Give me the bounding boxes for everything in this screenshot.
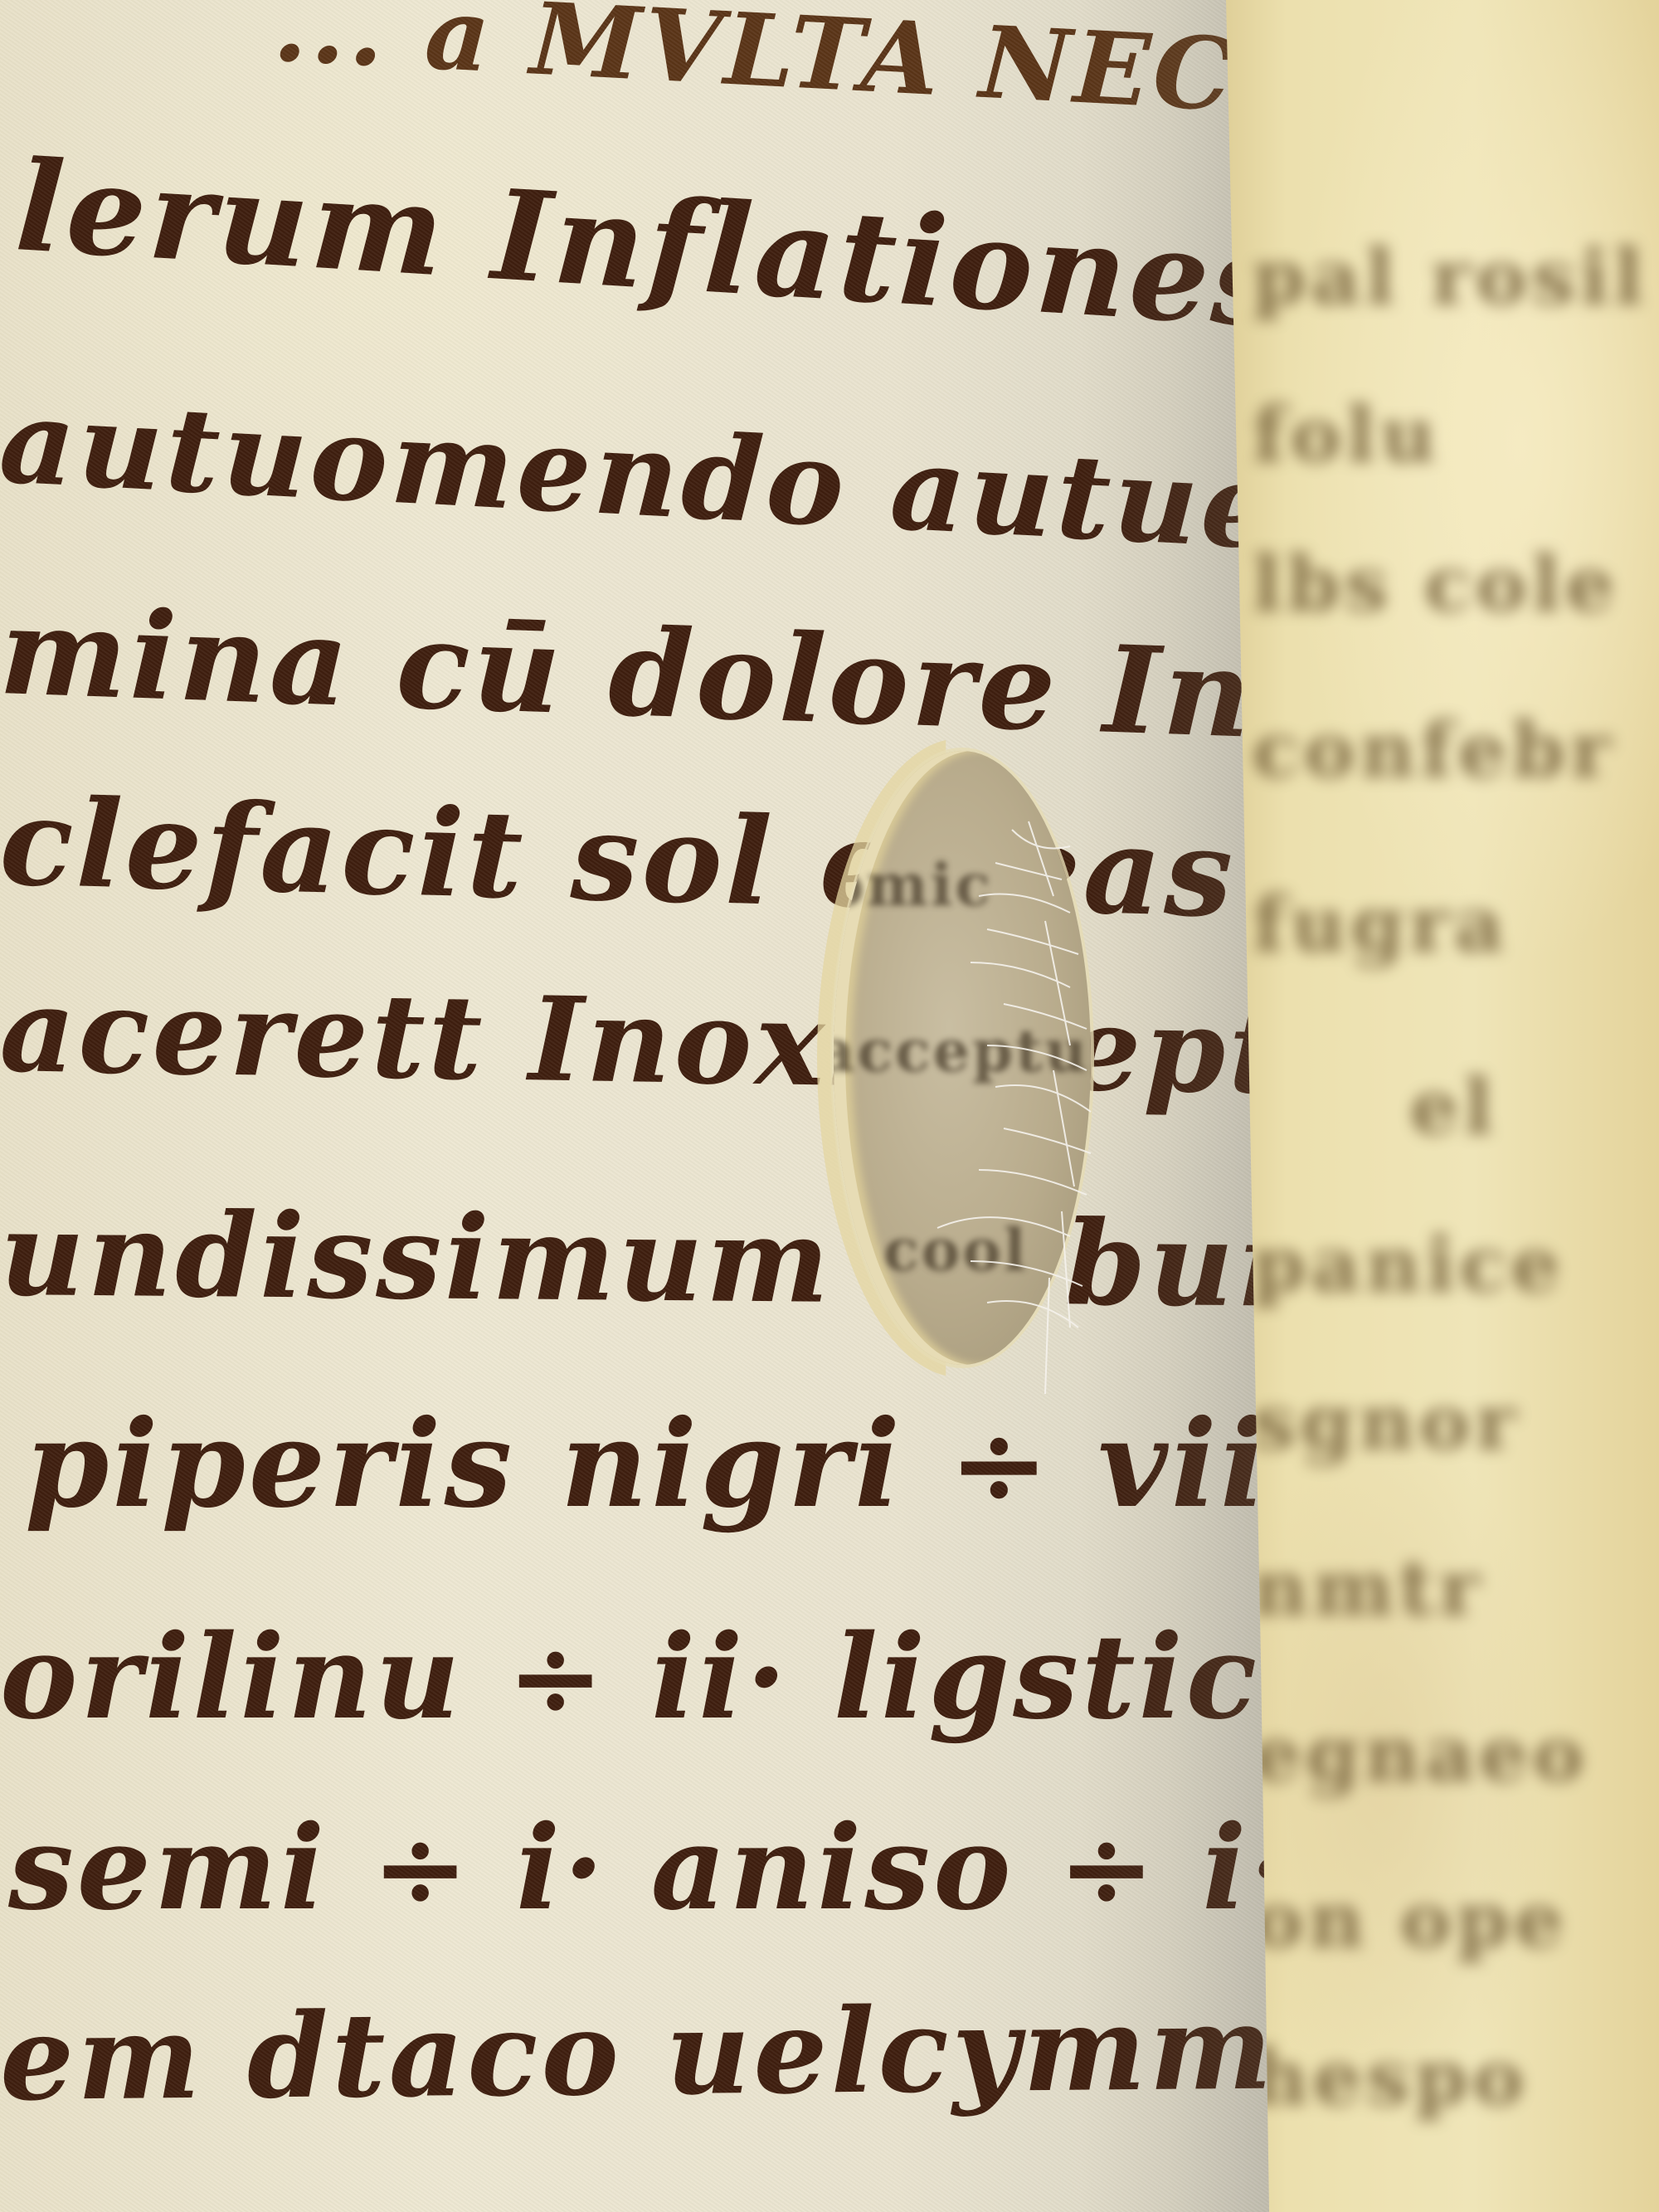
background-text-line: panice	[1253, 1220, 1564, 1309]
manuscript-line: undissimum cy bum	[0, 1186, 1364, 1334]
manuscript-line: em dtaco uelcymmi	[0, 1980, 1323, 2127]
background-text-line: lbs cole	[1253, 539, 1619, 629]
background-text-line: confebr	[1253, 705, 1615, 795]
manuscript-line: autuomendo autuent	[0, 373, 1427, 584]
background-text-line: sgnor	[1253, 1377, 1520, 1467]
background-text-line: egnaeo	[1253, 1709, 1588, 1799]
background-text-line: hespo	[1253, 2033, 1529, 2122]
inner-layer-text: cool	[883, 1216, 1029, 1284]
background-text-line: on ope	[1253, 1875, 1569, 1965]
background-manuscript-roll: pal rosil folu lbs cole confebr fugra el…	[1194, 0, 1659, 2212]
background-text-line: el	[1410, 1062, 1497, 1152]
inner-layer-text: acceptu	[834, 1016, 1089, 1085]
background-text-line: nmtr	[1253, 1543, 1484, 1633]
background-text-line: fugra	[1253, 879, 1509, 969]
background-text-line: folu	[1253, 390, 1441, 480]
manuscript-line: acerett Inoxi ccepta	[0, 962, 1365, 1123]
background-text-line: pal rosil	[1253, 232, 1647, 322]
inner-layer-text: omic	[834, 850, 993, 919]
parchment-hole: omic acceptu cool	[834, 751, 1091, 1365]
